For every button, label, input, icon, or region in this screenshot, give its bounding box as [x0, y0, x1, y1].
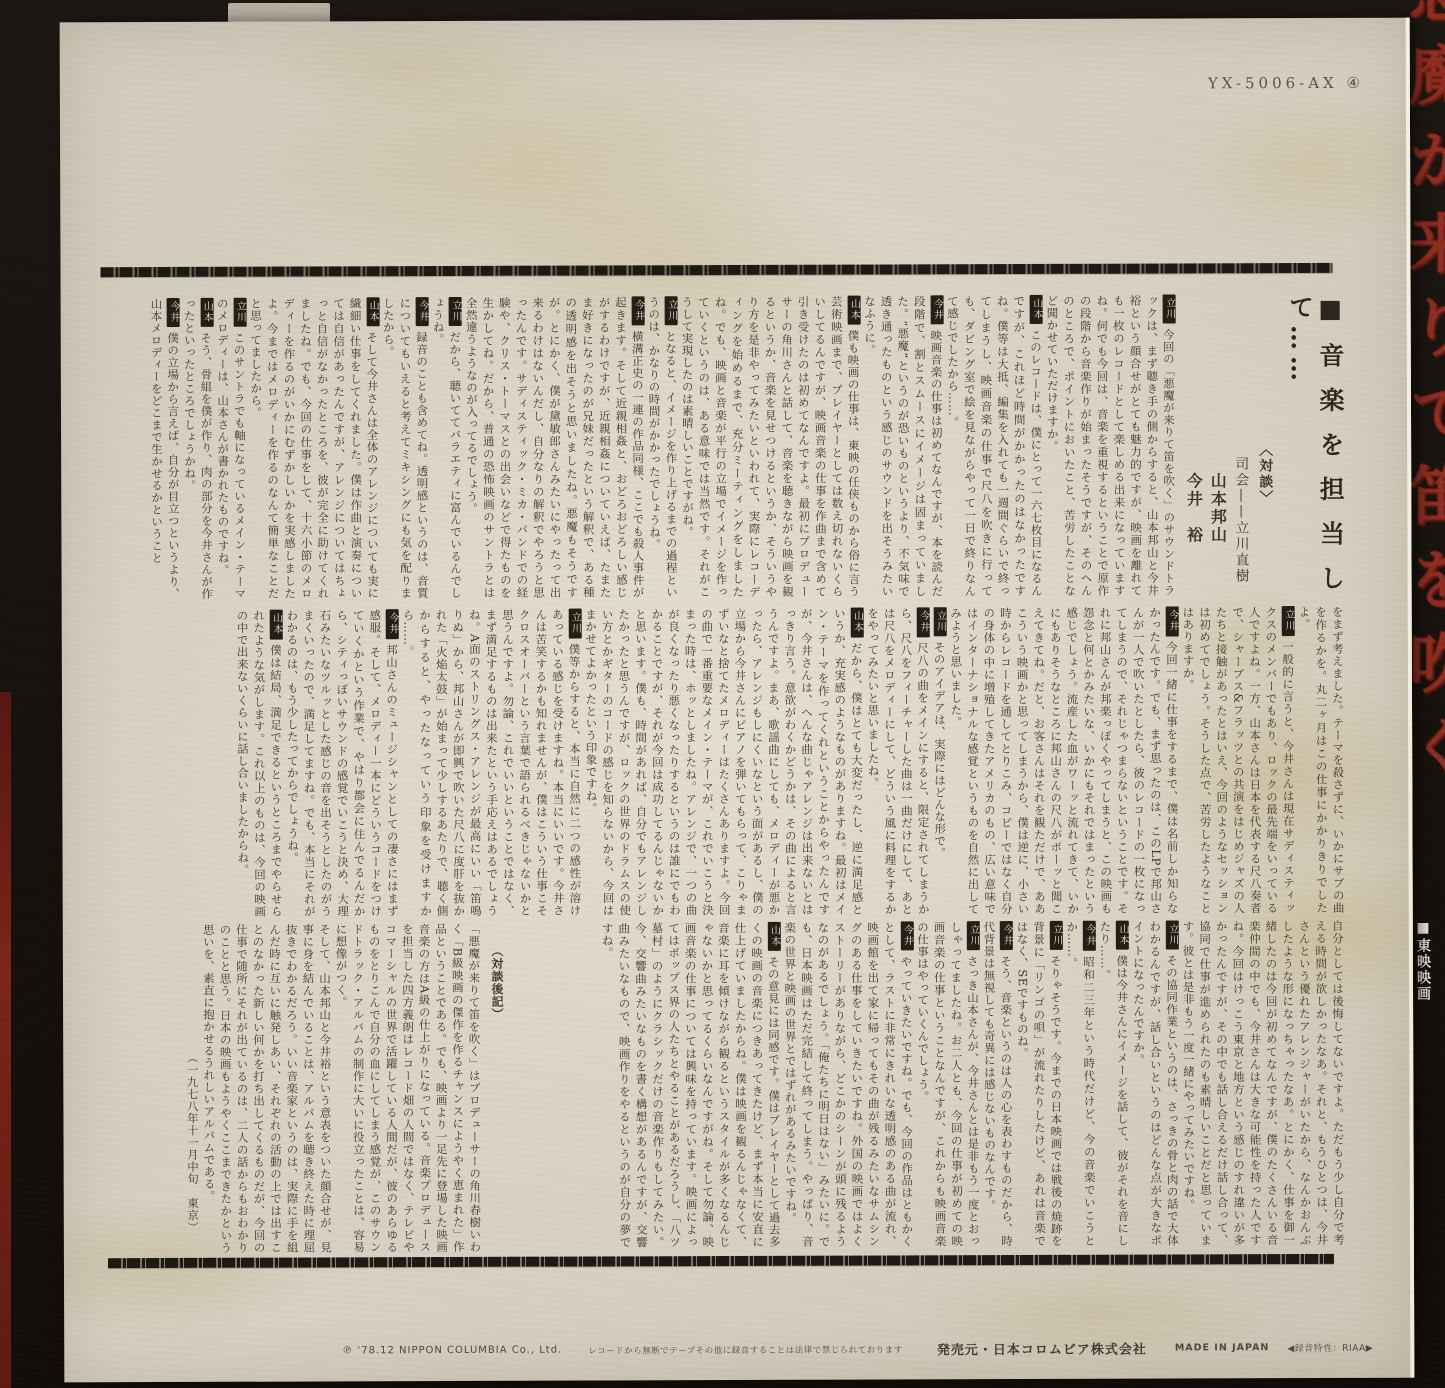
dialogue-turn: 立川僕等からすると、本当に自然に二つの感性が溶けあっている感じを受けますね。本当… [400, 609, 584, 918]
dialogue-turn: 山本僕も映画の仕事は、東映の任侠ものから俗に言う芸術映画まで、プレイヤーとしては… [679, 296, 863, 599]
afterword-paragraphs: 「悪魔が来りて笛を吹く」はプロデューサーの角川春樹いわく「B級映画の傑作を作るチ… [200, 923, 483, 1254]
dialogue-turn: 立川そのアイデアは、実際にはどんな形で。 [931, 607, 949, 915]
dialogue-text: そりゃそうです。今までの日本映画では戦後の焼跡を背景に「リンゴの唄」が流れたりし… [1015, 921, 1063, 1247]
dialogue-turn: 自分としては後悔してないですよ。ただもう少し自分で考える時間が欲しかったなあ。そ… [1180, 920, 1347, 1247]
speaker-tag: 山本 [1116, 921, 1129, 950]
front-jacket-left-edge [0, 692, 11, 1388]
session-label: 〈対談〉 [1255, 294, 1276, 596]
dialogue-text: そう、骨組を僕が作り、肉の部分を今井さんが作ったといったところでしょうかね。 [183, 298, 215, 600]
dialogue-text: そして、山本邦山と今井裕という意表をついた顔合せが、見事に身を結んでいることは、… [202, 923, 333, 1253]
dialogue-turn: 立川だから、聴いててバラエティに富んでいるんでしょうね。 [430, 297, 464, 599]
dialogue-text: 映画音楽の仕事は初めてなんですが、本を読んだ段階で、割とスムースにイメージは固ま… [863, 295, 944, 597]
dialogue-turn: 今井尺八の曲をメインにすると、限定されてしまうから、尺八をフィーチャーした曲は一… [864, 607, 931, 915]
dialogue-turn: 今井僕の立場から言えば、自分が目立つというより、山本メロディーをどこまで生かせる… [148, 298, 182, 600]
dialogue-text: このレコードは、僕にとって一六七枚目になるんですが、これほど時間がかかったのはな… [946, 295, 1044, 597]
dialogue-text: 今回の「悪魔が来りて笛を吹く」のサウンドトラックは、まず聴き手の側からすると、山… [1045, 295, 1176, 597]
afterword-block: （対談後記） 「悪魔が来りて笛を吹く」はプロデューサーの角川春樹いわく「B級映画… [83, 923, 506, 1254]
decorative-rule-bottom [108, 1254, 1334, 1268]
dialogue-text: 僕は今井さんにイメージを話して、彼がそれを音にしたり……。 [1098, 921, 1130, 1247]
speaker-tag: 立川 [933, 607, 946, 636]
dialogue-text: 邦山さんのミュージシャンとしての凄さにはまず感服。そして、メロディー一本にどうい… [285, 609, 400, 917]
speaker-tag: 立川 [1166, 920, 1179, 949]
dialogue-text: となると、イメージを作り上げるまでの過程というのは、かなりの時間がかかったでしょ… [647, 296, 679, 598]
dialogue-turn: 山本僕は結局、満足できるというところまでやらせられたような気がします。これ以上の… [234, 610, 285, 918]
speaker-tag: 今井 [167, 298, 180, 327]
dialogue-turn: そして、山本邦山と今井裕という意表をついた顔合せが、見事に身を結んでいることは、… [200, 923, 334, 1253]
dialogue-turn: 山本僕は今井さんにイメージを話して、彼がそれを音にしたり……。 [1097, 921, 1131, 1247]
dialogue-turn: 今井邦山さんのミュージシャンとしての凄さにはまず感服。そして、メロディー一本にど… [284, 609, 401, 917]
dialogue-text: をまず考えました。テーマを殺さずに、いかにサブの曲を作るかを。丸二ヶ月はこの仕事… [1297, 606, 1345, 914]
dialogue-text: だから、僕はとても大変だったし、逆に満足感というか、充実感のようなものがあります… [584, 608, 865, 917]
dialogue-text: さっき山本さんが、今井さんとは是非もう一度とおっしゃってましたね。お二人とも、今… [916, 921, 981, 1247]
decorative-rule-top [100, 263, 1332, 277]
dialogue-turn: 「悪魔が来りて笛を吹く」はプロデューサーの角川春樹いわく「B級映画の傑作を作るチ… [333, 923, 483, 1254]
speaker-tag: 今井 [1166, 606, 1179, 636]
dialogue-turn: 今井やっていきたいですね。でも、今回の作品はともかくとして、ラストに非常にきれい… [782, 921, 916, 1247]
speaker-tag: 立川 [1050, 921, 1063, 950]
interview-band-3: 自分としては後悔してないですよ。ただもう少し自分で考える時間が欲しかったなあ。そ… [518, 920, 1347, 1249]
dialogue-text: 尺八の曲をメインにすると、限定されてしまうから、尺八をフィーチャーした曲は一曲だ… [866, 607, 931, 915]
toei-studio-label: ■東映映画 [1413, 920, 1433, 1002]
speaker-tag: 今井 [1000, 921, 1013, 950]
dialogue-text: その意見には同感です。僕はプレイヤーとして過去多くの映画の音楽につきあってきたけ… [601, 922, 782, 1249]
dialogue-text: そう、音楽というのは人の心を表わすものだから、時代背景は無視しても奇異には感じな… [982, 921, 1014, 1247]
moderator-name: 司会——立川直樹 [1231, 294, 1252, 596]
dialogue-turn: 山本このレコードは、僕にとって一六七枚目になるんですが、これほど時間がかかったの… [944, 295, 1045, 597]
dialogue-flow: 立川今回の「悪魔が来りて笛を吹く」のサウンドトラックは、まず聴き手の側からすると… [148, 294, 1178, 600]
dialogue-turn: 山本だから、僕はとても大変だったし、逆に満足感というか、充実感のようなものがあり… [582, 608, 865, 917]
interview-band-1: ■音楽を担当して…… 〈対談〉 司会——立川直樹 山本邦山 今井 裕 立川今回の… [81, 294, 1346, 600]
dialogue-text: そのアイデアは、実際にはどんな形で。 [933, 641, 948, 859]
speaker-tag: 立川 [1163, 294, 1176, 323]
speaker-tag: 山本 [366, 297, 379, 326]
dialogue-turn: 山本そして今井さんは全体のアレンジについても実に繊細い仕事をしてくれました。僕は… [247, 297, 381, 599]
dialogue-text: 今回一緒に仕事をするまで、僕は名前しか知らなかったんです。でも、まず思ったのは、… [949, 607, 1180, 916]
dialogue-text: 昭和二三年という時代だけど、今の音楽でいこうとか……。 [1065, 921, 1097, 1247]
dialogue-turn: 今井横溝正史の一連の作品同様、ここでも殺人事件が起きます。そして近親相姦と、おど… [463, 296, 647, 599]
dialogue-turn: 今井録音のことも含めてね。透明感というのは、音質についてもいえると考えてミキシン… [380, 297, 431, 599]
speaker-tag: 今井 [930, 295, 943, 324]
copy-warning-text: レコードから無断でテープその他に録音することは法律で禁じられております [588, 1343, 903, 1356]
dialogue-text: 僕等からすると、本当に自然に二つの感性が溶けあっている感じを受けますね。本当にい… [401, 609, 582, 918]
made-in-japan-text: MADE IN JAPAN [1175, 1342, 1270, 1353]
speaker-tag: 山本 [768, 922, 781, 951]
speaker-tag: 今井 [917, 607, 930, 637]
speaker-tag: 山本 [850, 608, 863, 638]
speaker-tag: 山本 [1030, 295, 1043, 324]
riaa-text: ◀録音特性：RIAA▶ [1287, 1341, 1373, 1354]
dialogue-text: 録音のことも含めてね。透明感というのは、音質についてもいえると考えてミキシングに… [382, 297, 430, 599]
dialogue-turn: 山本その意見には同感です。僕はプレイヤーとして過去多くの映画の音楽につきあってき… [599, 922, 783, 1249]
dialogue-turn: 立川一般的に言うと、今井さんは現在サディスティックスのメンバーでもあり、ロックの… [1180, 606, 1297, 914]
dialogue-text: やっていきたいですね。でも、今回の作品はともかくとして、ラストに非常にきれいな透… [783, 921, 914, 1247]
interview-band-2: をまず考えました。テーマを殺さずに、いかにサブの曲を作るかを。丸二ヶ月はこの仕事… [82, 606, 1347, 918]
speaker-tag: 山本 [200, 298, 213, 327]
dialogue-turn: 立川となると、イメージを作り上げるまでの過程というのは、かなりの時間がかかったで… [646, 296, 680, 598]
dialogue-text: 僕は結局、満足できるというところまでやらせられたような気がします。これ以上のもの… [235, 610, 283, 918]
speaker-tag: 立川 [568, 609, 581, 639]
fine-print-row: ℗ '78.12 NIPPON COLUMBIA Co., Ltd. レコードか… [342, 1338, 1402, 1361]
catalog-number: YX-5006-AX ④ [1208, 74, 1364, 93]
participant-name: 今井 裕 [1183, 294, 1204, 596]
dialogue-text: 僕も映画の仕事は、東映の任侠ものから俗に言う芸術映画まで、プレイヤーとしては数え… [680, 296, 861, 599]
dialogue-text: 僕の立場から言えば、自分が目立つというより、山本メロディーをどこまで生かせるかと… [149, 298, 181, 600]
speaker-tag: 立川 [967, 921, 980, 950]
dialogue-turn: 今井昭和二三年という時代だけど、今の音楽でいこうとか……。 [1064, 921, 1098, 1247]
dialogue-turn: 今井そう、音楽というのは人の心を表わすものだから、時代背景は無視しても奇異には感… [981, 921, 1015, 1247]
speaker-tag: 山本 [847, 296, 860, 325]
speaker-tag: 立川 [1282, 606, 1295, 636]
dialogue-turn: をまず考えました。テーマを殺さずに、いかにサブの曲を作るかを。丸二ヶ月はこの仕事… [1296, 606, 1347, 914]
interview-title: ■音楽を担当して…… [1285, 294, 1346, 596]
dialogue-text: 横溝正史の一連の作品同様、ここでも殺人事件が起きます。そして近親相姦と、おどろお… [465, 296, 646, 599]
speaker-tag: 立川 [233, 298, 246, 327]
dialogue-text: このサントラでも軸になっているメイン・テーマのメロディーは、山本さんが書かれたも… [216, 298, 248, 600]
dialogue-turn: 今井映画音楽の仕事は初めてなんですが、本を読んだ段階で、割とスムースにイメージは… [861, 295, 945, 597]
dialogue-turn: 立川その協同作業というのは、さっきの骨と肉の話で大体わかるんですが、話し合いとい… [1130, 920, 1181, 1246]
photo-of-record-back-cover: 悪魔が来りて笛を吹く ■東映映画 ハード・サスペンス YX-5006-AX ④ … [0, 0, 1445, 1388]
back-cover-paper: YX-5006-AX ④ ■音楽を担当して…… 〈対談〉 司会——立川直樹 山本… [60, 18, 1415, 1383]
dialogue-text: その協同作業というのは、さっきの骨と肉の話で大体わかるんですが、話し合いというの… [1132, 921, 1180, 1247]
dialogue-turn: 立川さっき山本さんが、今井さんとは是非もう一度とおっしゃってましたね。お二人とも… [914, 921, 982, 1247]
dialogue-text: だから、聴いててバラエティに富んでいるんでしょうね。 [431, 297, 463, 599]
speaker-tag: 今井 [900, 921, 913, 950]
speaker-tag: 立川 [449, 297, 462, 326]
copyright-text: ℗ '78.12 NIPPON COLUMBIA Co., Ltd. [342, 1345, 562, 1357]
dialogue-text: そして今井さんは全体のアレンジについても実に繊細い仕事をしてくれました。僕は作曲… [249, 297, 380, 599]
dialogue-text: 一般的に言うと、今井さんは現在サディスティックスのメンバーでもあり、ロックの最先… [1181, 606, 1296, 914]
dialogue-turn: 今井今回一緒に仕事をするまで、僕は名前しか知らなかったんです。でも、まず思ったの… [947, 606, 1180, 915]
speaker-tag: 今井 [416, 297, 429, 326]
dialogue-turn: 立川このサントラでも軸になっているメイン・テーマのメロディーは、山本さんが書かれ… [214, 298, 248, 600]
speaker-tag: 立川 [665, 296, 678, 325]
dialogue-turn: 立川そりゃそうです。今までの日本映画では戦後の焼跡を背景に「リンゴの唄」が流れた… [1014, 921, 1065, 1247]
speaker-tag: 今井 [386, 609, 399, 639]
dialogue-turn: 山本そう、骨組を僕が作り、肉の部分を今井さんが作ったといったところでしょうかね。 [181, 298, 215, 600]
dialogue-text: 「悪魔が来りて笛を吹く」はプロデューサーの角川春樹いわく「B級映画の傑作を作るチ… [334, 923, 482, 1253]
dialogue-text: 自分としては後悔してないですよ。ただもう少し自分で考える時間が欲しかったなあ。そ… [1181, 920, 1345, 1247]
speaker-tag: 今井 [1083, 921, 1096, 951]
speaker-tag: 山本 [270, 610, 283, 640]
afterword-heading: （対談後記） [488, 923, 506, 1253]
seller-text: 発売元・日本コロムビア株式会社 [937, 1339, 1147, 1359]
dialogue-turn: 立川今回の「悪魔が来りて笛を吹く」のサウンドトラックは、まず聴き手の側からすると… [1044, 294, 1178, 596]
speaker-tag: 今井 [632, 296, 645, 325]
afterword-date: （一九七八年十一月中旬 東京） [183, 924, 201, 1254]
participant-name: 山本邦山 [1207, 294, 1228, 596]
